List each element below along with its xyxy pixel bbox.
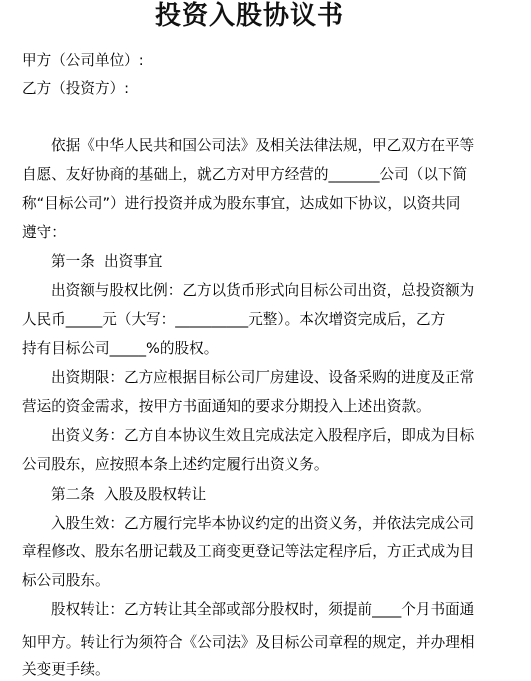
article-1-heading: 第一条 出资事宜 [51, 251, 521, 273]
preamble-line: 称“目标公司”）进行投资并成为股东事宜，达成如下协议，以资共同 [22, 193, 492, 215]
paragraph-line: 股权转让：乙方转让其全部或部分股权时，须提前____个月书面通 [51, 599, 521, 621]
paragraph-line: 关变更手续。 [22, 659, 492, 681]
paragraph-line: 标公司股东。 [22, 570, 492, 592]
paragraph-line: 出资期限：乙方应根据目标公司厂房建设、设备采购的进度及正常 [51, 367, 521, 389]
preamble-line: 依据《中华人民共和国公司法》及相关法律法规，甲乙双方在平等 [51, 135, 521, 157]
paragraph-line: 营运的资金需求，按甲方书面通知的要求分期投入上述出资款。 [22, 396, 492, 418]
party-a-label: 甲方（公司单位）: [22, 50, 492, 72]
document-title-row: 投资入股协议书 [0, 0, 531, 32]
document-title: 投资入股协议书 [155, 0, 344, 32]
paragraph-line: 出资义务：乙方自本协议生效且完成法定入股程序后，即成为目标 [51, 425, 521, 447]
paragraph-line: 公司股东，应按照本条上述约定履行出资义务。 [22, 454, 492, 476]
paragraph-line: 出资额与股权比例：乙方以货币形式向目标公司出资，总投资额为 [51, 280, 521, 302]
paragraph-line: 章程修改、股东名册记载及工商变更登记等法定程序后，方正式成为目 [22, 541, 492, 563]
paragraph-line: 知甲方。转让行为须符合《公司法》及目标公司章程的规定，并办理相 [22, 632, 492, 654]
paragraph-line: 入股生效：乙方履行完毕本协议约定的出资义务，并依法完成公司 [51, 513, 521, 535]
article-2-heading: 第二条 入股及股权转让 [51, 484, 521, 506]
party-b-label: 乙方（投资方）: [22, 78, 492, 100]
preamble-line: 遵守： [22, 222, 492, 244]
paragraph-line: 人民币_____元（大写：__________元整）。本次增资完成后，乙方 [22, 309, 492, 331]
paragraph-line: 持有目标公司_____%的股权。 [22, 338, 492, 360]
agreement-document: 投资入股协议书 甲方（公司单位）: 乙方（投资方）: 依据《中华人民共和国公司法… [0, 0, 531, 681]
preamble-line: 自愿、友好协商的基础上，就乙方对甲方经营的_______公司（以下简 [22, 164, 492, 186]
